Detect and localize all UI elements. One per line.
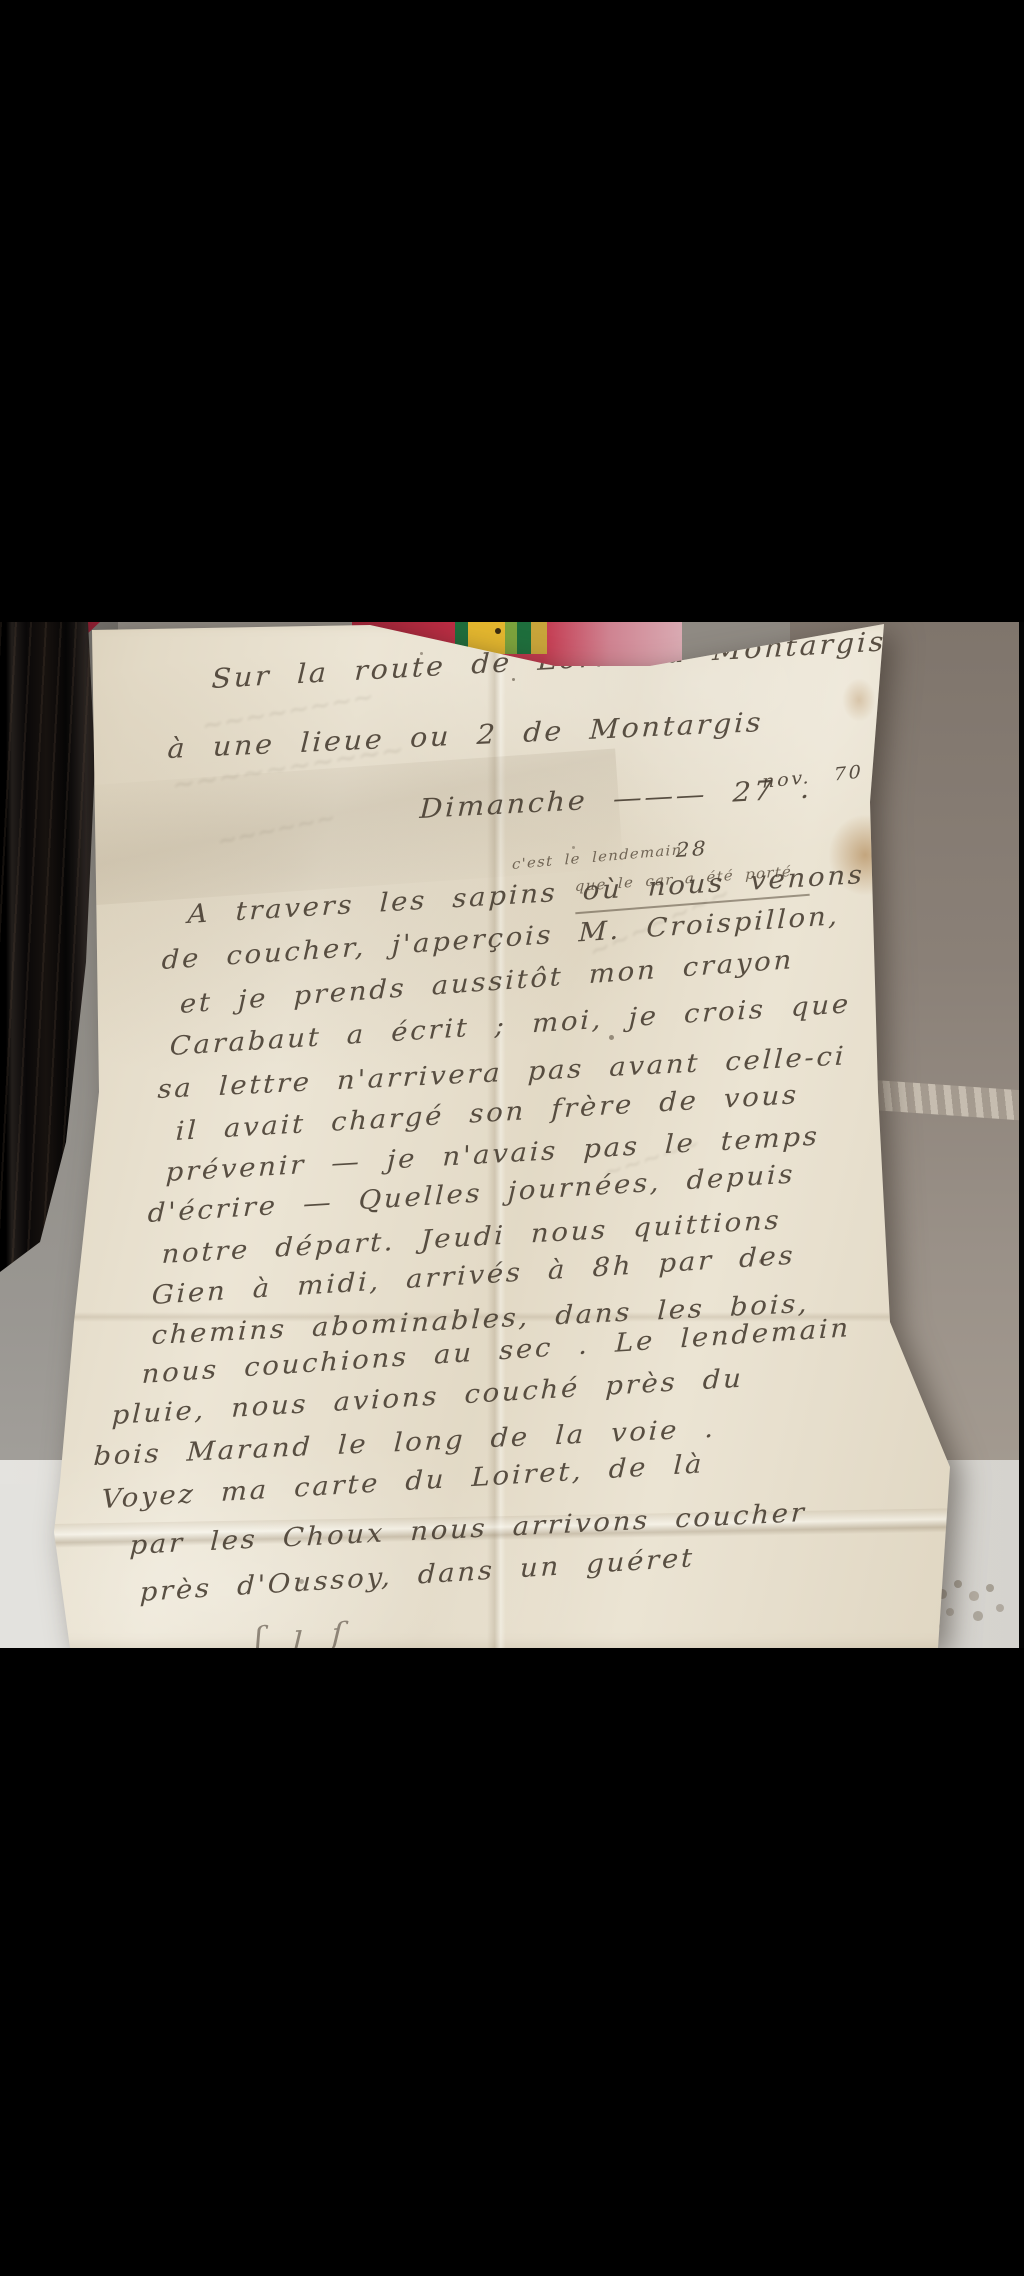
letter-heading-line: Sur la route de Lorris à Montargis: [211, 628, 886, 692]
letter-photo: ∼∼∼∼∼∼∼∼ ∼∼∼∼∼∼∼∼∼∼ ∼∼∼∼∼∼ ∼∼∼∼∼∼∼ ∼∼∼∼∼…: [0, 622, 1024, 1648]
screenshot: ∼∼∼∼∼∼∼∼ ∼∼∼∼∼∼∼∼∼∼ ∼∼∼∼∼∼ ∼∼∼∼∼∼∼ ∼∼∼∼∼…: [0, 0, 1024, 2276]
letter-paper: ∼∼∼∼∼∼∼∼ ∼∼∼∼∼∼∼∼∼∼ ∼∼∼∼∼∼ ∼∼∼∼∼∼∼ ∼∼∼∼∼…: [0, 622, 1024, 1648]
letter-date-month: nov. 70: [762, 763, 864, 791]
letterbox-bottom: [0, 1648, 1024, 2276]
letter-body-line: par les Choux nous arrivons coucher: [129, 1500, 807, 1559]
letter-clipped-line: ʃ ȷ ſ: [254, 1619, 347, 1648]
letterbox-top: [0, 0, 1024, 622]
paper-stain-small: [842, 678, 876, 722]
paper-specks: [512, 678, 515, 681]
letter-paper-wrap: ∼∼∼∼∼∼∼∼ ∼∼∼∼∼∼∼∼∼∼ ∼∼∼∼∼∼ ∼∼∼∼∼∼∼ ∼∼∼∼∼…: [0, 622, 1024, 1648]
photo-right-edge: [1019, 622, 1024, 1648]
